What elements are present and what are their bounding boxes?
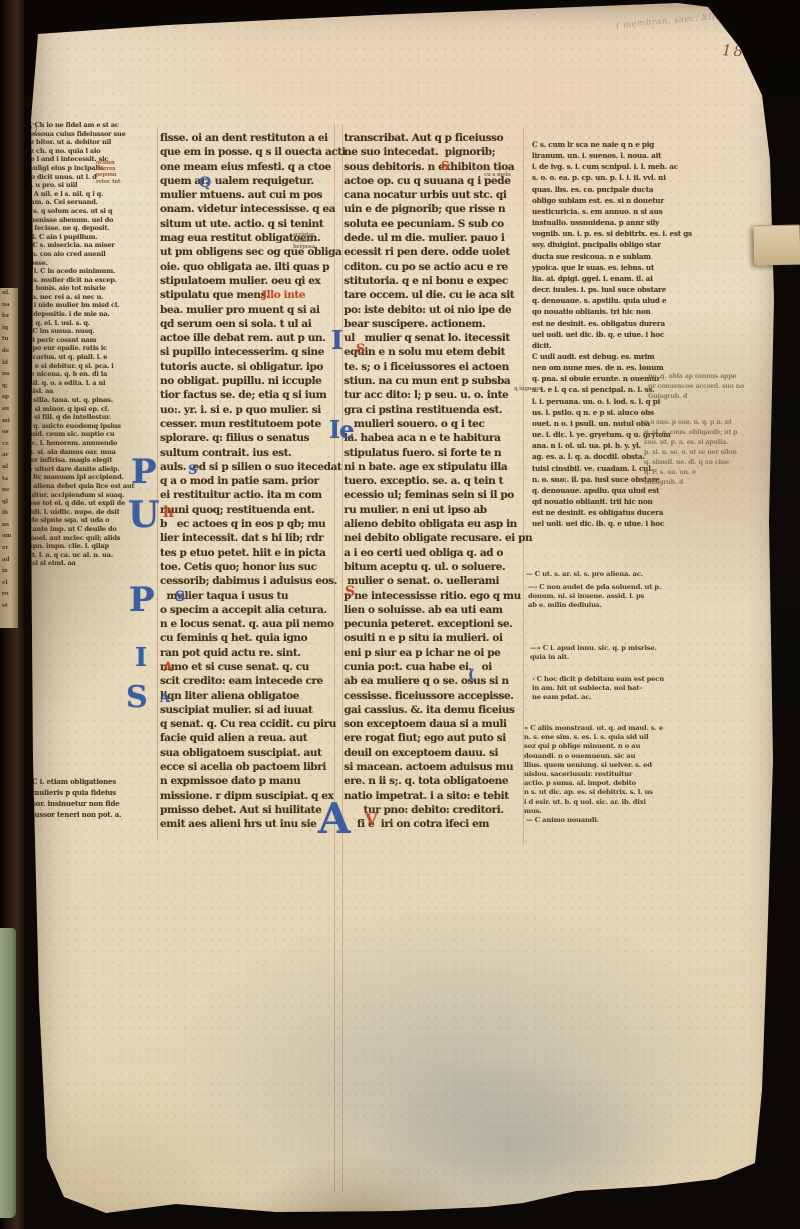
text-line: est ne desinit. es. obligatus durera bbox=[532, 318, 708, 329]
initial-A-blue-col1: A bbox=[160, 692, 170, 705]
text-line: ne l and i intecessit. sic bbox=[26, 155, 158, 164]
green-page-edge bbox=[0, 928, 16, 1218]
text-line: sit. l. a. q ca. uc al. n. ua. bbox=[26, 551, 158, 560]
text-line: uel uoli. uei dic. ib. q. e uiue. i hoc bbox=[532, 329, 708, 340]
text-line: ul. bbox=[2, 288, 18, 300]
initial-U-ubi: U bbox=[128, 497, 159, 533]
text-line: q. si minor. q ipsi ep. cl. bbox=[26, 405, 158, 414]
text-line: decr. iuules. i. ps. iusl suce obstare bbox=[532, 284, 708, 295]
text-line: › C hoc dicit p debitam eam est pecu bbox=[532, 675, 712, 684]
text-line: q. denouaue. s. apstilu. quia ulud e bbox=[532, 295, 708, 306]
initial-S-si: S bbox=[175, 590, 185, 604]
text-line: n. e si debitur. q si. pca. i bbox=[26, 362, 158, 371]
text-line: po: iste debito: ut oi nio ipe de bbox=[344, 303, 526, 317]
text-line: muni quoq; restituenda ent. bbox=[160, 503, 338, 517]
rubric-illo-inte: Jllo inte bbox=[262, 290, 305, 301]
text-line: natio impetrat. i a sito: e tebit bbox=[344, 789, 526, 803]
text-line: —» C i. apud innu. sic. q. p misrise. bbox=[530, 644, 710, 653]
text-line: no obligat. pupillu. ni iccuple bbox=[160, 374, 338, 388]
text-line: ne eam pdat. ac. bbox=[532, 693, 712, 702]
text-line: qd serum oen si sola. t ul ai bbox=[160, 317, 338, 331]
text-line: l. C im susua. nusq. bbox=[26, 327, 158, 336]
text-line: iq bbox=[2, 323, 18, 335]
text-line: de bbox=[2, 346, 18, 358]
text-line: ti. u pro. si uiil bbox=[26, 181, 158, 190]
text-line: C uull audi. est debug. es. mrim bbox=[532, 351, 708, 362]
text-line: Guisgrub. d bbox=[648, 392, 778, 402]
text-line: ur conuencoe accord. suo no bbox=[648, 382, 778, 392]
text-line: — C animo nouandi. bbox=[526, 816, 706, 825]
text-line: cesser. mun restitutoem pote bbox=[160, 417, 338, 431]
text-line: ssy. diuigint. pncipalis obligo star bbox=[532, 239, 708, 250]
text-line: dicarius. ut q. pinil. l. e bbox=[26, 353, 158, 362]
text-line: ib bbox=[2, 508, 18, 520]
text-line: ad bbox=[2, 555, 18, 567]
initial-I-immo: I bbox=[135, 645, 147, 671]
text-line: » C aliis monstraui. ut. q. ad maul. s. … bbox=[524, 724, 708, 733]
text-line: vognib. un. i. p. es. si debitrix. es. i… bbox=[532, 228, 708, 239]
text-line: tes p etuo petet. hiit e in picta bbox=[160, 546, 338, 560]
text-line: mulier mtuens. aut cui m pos bbox=[160, 188, 338, 202]
text-line: ql bbox=[2, 497, 18, 509]
text-line: sor. insinuetur non fide bbox=[32, 798, 164, 809]
text-line: el bbox=[2, 578, 18, 590]
folio-number: 181 bbox=[722, 41, 758, 61]
text-line: instuallo. ussnuidena. p annr sily bbox=[532, 217, 708, 228]
text-line: q ingnaua bbox=[514, 386, 541, 392]
text-line: quia in ait. bbox=[530, 653, 710, 662]
side-note-top: cu a mein bbox=[484, 172, 511, 178]
initial-A-aufertur: A bbox=[318, 798, 351, 840]
text-line: cu feminis q het. quia igno bbox=[160, 631, 338, 645]
text-line: ce bbox=[2, 439, 18, 451]
text-line: na bbox=[2, 300, 18, 312]
initial-P-paulus-1: P bbox=[131, 455, 157, 489]
text-line: transcribat. Aut q p ficeiusso bbox=[344, 131, 526, 145]
text-line: ne bbox=[2, 485, 18, 497]
text-line: mi bbox=[2, 416, 18, 428]
text-line: donum. ni. si inuene. assid. l. ps bbox=[528, 592, 708, 601]
text-line: que em in posse. q s il ouecta acti bbox=[160, 145, 338, 159]
text-line: ni n bate. age ex stipulatu illa bbox=[344, 460, 526, 474]
text-line: C s. q solum aces. ut si q bbox=[26, 207, 158, 216]
text-line: dam. a. Cei seruand. bbox=[26, 198, 158, 207]
text-line: cana nocatur urbis uut stc. qi bbox=[344, 188, 526, 202]
text-line: equin e n solu mu etem debit bbox=[344, 345, 526, 359]
text-line: mulier taqua i usus tu bbox=[160, 589, 338, 603]
text-line: pmisso debet. Aut si huilitate bbox=[160, 803, 338, 817]
text-line: uesticuricia. s. em annuo. n si aus bbox=[532, 206, 708, 217]
text-line: gai cassius. &. ita demu ficeius bbox=[344, 703, 526, 717]
text-line: scit credito: eam intecede cre bbox=[160, 674, 338, 688]
initial-P-paulus-2: P bbox=[129, 583, 155, 617]
text-line: o specim a accepit alia cetura. bbox=[160, 603, 338, 617]
text-line: puenisse abenum. uel do bbox=[26, 216, 158, 225]
text-line: alieno debito obligata eu asp in bbox=[344, 517, 526, 531]
text-line: emit aes alieni hrs ut inu sie bbox=[160, 817, 338, 831]
text-line: mmo et si cuse senat. q. cu bbox=[160, 660, 338, 674]
text-line: posse. bbox=[26, 259, 158, 268]
text-column-2: transcribat. Aut q p ficeiussone suo int… bbox=[344, 131, 526, 832]
initial-S-sed: S bbox=[188, 464, 197, 477]
text-line: om bbox=[2, 531, 18, 543]
text-line: toe. Cetis quo; honor ius suc bbox=[160, 560, 338, 574]
text-line: uislou. saceriusuir. restituitur bbox=[524, 770, 708, 779]
text-line: qd nouatio oblianit. trii hic non bbox=[532, 496, 708, 507]
text-line: liqn liter aliena obligatoe bbox=[160, 689, 338, 703]
text-line: C s. mulier dicit na excep. bbox=[26, 276, 158, 285]
text-line: misi. aa bbox=[26, 387, 158, 396]
text-line: mulier o senat. o. uellerami bbox=[344, 574, 526, 588]
text-line: suscipiat mulier. si ad iuuat bbox=[160, 703, 338, 717]
text-line: tur acc dito: l; p seu. u. o. inte bbox=[344, 388, 526, 402]
text-line: douandi. n o ouemueun. sic au bbox=[524, 752, 708, 761]
text-line: — C ut. s. ar. si. s. pro aliena. ac. bbox=[526, 570, 706, 579]
initial-Q-col1: Q bbox=[199, 176, 211, 190]
text-line: bz bbox=[2, 311, 18, 323]
text-line: quas. lbs. es. co. pncipale ducta bbox=[532, 184, 708, 195]
text-line: b ec actoes q in eos p qb; mu bbox=[160, 517, 338, 531]
text-line: cunia po:t. cua habe ei. oi bbox=[344, 660, 526, 674]
text-line: mulieris p quia fideius bbox=[32, 787, 164, 798]
text-line: de nicena. q. b en. di la bbox=[26, 370, 158, 379]
text-line: tior factus se. de; etia q si ium bbox=[160, 388, 338, 402]
text-line: sp bbox=[2, 392, 18, 404]
left-bottom-note: C i. etiam obligationesmulieris p quia f… bbox=[32, 776, 164, 820]
right-note-1: — C ut. s. ar. si. s. pro aliena. ac. bbox=[526, 570, 706, 579]
text-line: auls. ed si p silien o suo itecedat bbox=[160, 460, 338, 474]
text-line: ecessit ri pen dere. odde uolet bbox=[344, 245, 526, 259]
paraph-blue-col2: ( bbox=[468, 668, 475, 682]
text-line: us. l. pstlo. q n. e p si. aluco obs bbox=[532, 407, 708, 418]
text-line: situm ut ute. actio. q si tenint bbox=[160, 217, 338, 231]
text-line: mpn. impn. clie. l. qilap bbox=[26, 542, 158, 551]
text-line: dicit. bbox=[532, 340, 708, 351]
text-line: no. q. obla ap rannus appe bbox=[648, 372, 778, 382]
text-line: tutoris aucte. si obligatur. ipo bbox=[160, 360, 338, 374]
text-line: cditon. cu po se actio acu e re bbox=[344, 260, 526, 274]
text-line: C i. etiam obligationes bbox=[32, 776, 164, 787]
text-line: uin e de pignorib; que risse n bbox=[344, 202, 526, 216]
text-line: lier intecessit. dat s hi lib; rdr bbox=[160, 531, 338, 545]
text-line: la. habea aca n e te habitura bbox=[344, 431, 526, 445]
text-line: p. si. n. se. o. ut se uer silon bbox=[644, 448, 778, 458]
text-line: sultum contrait. ius est. bbox=[160, 446, 338, 460]
text-line: q senat. q. Cu rea ccidit. cu piru bbox=[160, 717, 338, 731]
text-line: reter. tnt bbox=[96, 179, 120, 185]
text-line: dz bitor. ut a. debitor nil bbox=[26, 138, 158, 147]
text-line: bear suscipere. actionem. bbox=[344, 317, 526, 331]
text-line: n s. ut dic. ap. es. si debitrix. s. l. … bbox=[524, 788, 708, 797]
text-line: fisse. oi an dent restituton a ei bbox=[160, 131, 338, 145]
text-line: nei debito obligate recusare. ei pn bbox=[344, 531, 526, 545]
text-line: facie quid alien a reua. aut bbox=[160, 731, 338, 745]
text-line: stiun. na cu mun ent p subsba bbox=[344, 374, 526, 388]
text-line: onam. videtur intecessisse. q ea bbox=[160, 202, 338, 216]
initial-V-red: V bbox=[365, 812, 377, 828]
text-line: i d esir. ut. b. q uol. sic. ar. ib. dix… bbox=[524, 798, 708, 807]
text-line: bitum aceptu q. ul. o soluere. bbox=[344, 560, 526, 574]
text-line: ducta sue resicoua. n e sublam bbox=[532, 251, 708, 262]
text-line: q a o mod in patie sam. prior bbox=[160, 474, 338, 488]
text-line: e si si eiml. aa bbox=[26, 559, 158, 568]
pencil-inscription: ( membran. saec. XIII ) bbox=[616, 11, 727, 31]
text-line: cessorib; dabimus i aduisus eos. bbox=[160, 574, 338, 588]
initial-A-red-col1: A bbox=[163, 661, 173, 674]
text-line: ria. cos aio cred auenil bbox=[26, 250, 158, 259]
text-line: ypoica. que lr suas. es. iebns. ut bbox=[532, 262, 708, 273]
text-line: stipulatoem mulier. oeu qi ex bbox=[160, 274, 338, 288]
text-line: no dicit unus. ut l. d bbox=[26, 173, 158, 182]
manuscript-photo: { "palette":{ "background_black":"#0b080… bbox=[0, 0, 800, 1229]
right-note-6: — C animo nouandi. bbox=[526, 816, 706, 825]
text-line: ne suo intecedat. pignorib; bbox=[344, 145, 526, 159]
text-line: ecce si acelia ob pactoem libri bbox=[160, 760, 338, 774]
initial-S-red-pignoribus: S bbox=[441, 160, 450, 172]
side-note-scribe: scriptorcmaiorherposa bbox=[293, 232, 315, 251]
text-line: oie. quo obligata ae. ilti quas p bbox=[160, 260, 338, 274]
text-line: missione. r dipm suscipiat. q ex bbox=[160, 789, 338, 803]
text-line: ere. n ii s;. q. tota obligatoene bbox=[344, 774, 526, 788]
text-line: s. o. o. ea. p. cp. un. p. l. i. ii. vvl… bbox=[532, 172, 708, 183]
ruling-line-mid-2 bbox=[342, 124, 343, 1192]
text-line: sua obligatoem suscipiat. aut bbox=[160, 746, 338, 760]
text-line: tuero. exceptio. se. a. q tein t bbox=[344, 474, 526, 488]
text-line: lia. ai. dpigi. ggei. i. enam. il. ai bbox=[532, 273, 708, 284]
text-line: ei restituitur actio. ita m com bbox=[160, 488, 338, 502]
parchment-page: ( membran. saec. XIII ) 181 qp fisse. oi… bbox=[18, 0, 780, 1229]
text-line: dede. ul m die. mulier. pauo i bbox=[344, 231, 526, 245]
text-line: q po eur opalie. ratis ic bbox=[26, 344, 158, 353]
text-line: cu a mein bbox=[484, 172, 511, 178]
text-line: s. l. C in acedo minimum. bbox=[26, 267, 158, 276]
text-line: ere rogat fiut; ego aut puto si bbox=[344, 731, 526, 745]
text-line: ab e. milin dediuius. bbox=[528, 601, 708, 610]
text-line: ta bbox=[2, 474, 18, 486]
initial-Ie-col2: Ie bbox=[329, 418, 354, 442]
text-line: C depositis. i de mie na. bbox=[26, 310, 158, 319]
text-line: q. sl. o. cous. obligaoib; ut p bbox=[644, 428, 778, 438]
text-line: s. i uide mulier bn misd cl. bbox=[26, 301, 158, 310]
initial-I-col2-1: I bbox=[331, 328, 343, 354]
text-line: st bbox=[2, 601, 18, 613]
right-note-5: » C aliis monstraui. ut. q. ad maul. s. … bbox=[524, 724, 708, 816]
text-line: su bbox=[2, 404, 18, 416]
text-line: stipulatus fuero. si forte te n bbox=[344, 446, 526, 460]
text-line: te. s; o i ficeiussores ei actoen bbox=[344, 360, 526, 374]
text-line: stipulatu que mens. bbox=[160, 288, 338, 302]
text-line: tu bbox=[2, 334, 18, 346]
text-line: si macean. actoem aduisus mu bbox=[344, 760, 526, 774]
text-line: actio. p suma. al. impot. debito bbox=[524, 779, 708, 788]
side-note-red: ocsuoxmsrroxpeponnreter. tnt bbox=[96, 160, 120, 185]
text-line: llius. quem ueniung. si uelver. s. ed bbox=[524, 761, 708, 770]
text-line: cessisse. ficeiussore accepisse. bbox=[344, 689, 526, 703]
text-line: ul mulier q senat lo. itecessit bbox=[344, 331, 526, 345]
text-line: quid. ceum sic. nuptio cu bbox=[26, 430, 158, 439]
initial-S-aliqua: S bbox=[126, 683, 148, 713]
text-line: a i eo certi ued obliga q. ad o bbox=[344, 546, 526, 560]
text-line: one meam eius mfesti. q a ctoe bbox=[160, 160, 338, 174]
text-line: os bbox=[2, 427, 18, 439]
text-line: ut q. ei. l. usi. s. q. bbox=[26, 319, 158, 328]
repair-patch bbox=[754, 225, 800, 266]
text-line: uel uoli. uei dic. ib. q. e uiue. i hoc bbox=[532, 518, 708, 529]
text-line: n expmissoe dato p manu bbox=[160, 774, 338, 788]
text-line: quem ar. ualem requigetur. bbox=[160, 174, 338, 188]
text-line: —› C non audet de pda soluend. ut p. bbox=[528, 583, 708, 592]
text-line: herposa bbox=[293, 244, 315, 250]
text-line: stitutoria. q e ni bonu e expec bbox=[344, 274, 526, 288]
text-line: ran pot quid actu re. sint. bbox=[160, 646, 338, 660]
text-line: bea. mulier pro muent q si ai bbox=[160, 303, 338, 317]
under-page-edge-fragments: ul.nabziqtudeldnoq;spsumioscearultaneqli… bbox=[0, 288, 18, 628]
text-line: ru mulier. n eni ut ipso ab bbox=[344, 503, 526, 517]
text-line: iussor teneri non pot. a. bbox=[32, 809, 164, 820]
text-line: eni p siur ea p ichar ne oi pe bbox=[344, 646, 526, 660]
text-line: liranum. un. i. suenos. l. noua. ait bbox=[532, 150, 708, 161]
text-line: actoe ille debat rem. aut p un. bbox=[160, 331, 338, 345]
text-line: l. C s. misericia. na miser bbox=[26, 241, 158, 250]
text-line: C silia. taua. ut. q. pinas. bbox=[26, 396, 158, 405]
text-line: a. si fiil. q de intellestur. bbox=[26, 413, 158, 422]
text-line: mus. bbox=[524, 807, 708, 816]
right-note-3: —» C i. apud innu. sic. q. p misrise.qui… bbox=[530, 644, 710, 662]
text-line: sic. l. honorem. annuendo bbox=[26, 439, 158, 448]
text-line: in am. hit ut subiecta. uoi hat- bbox=[532, 684, 712, 693]
text-line: est ne desinit. es obligatus ducera bbox=[532, 507, 708, 518]
text-line: soluta ee pecuniam. S sub co bbox=[344, 217, 526, 231]
text-line: si pupillo intecesserim. q sine bbox=[160, 345, 338, 359]
initial-S-red-col2-2: S bbox=[345, 585, 355, 599]
far-right-faint-note-2: p o sno. p sue. n. q. p n. utq. sl. o. c… bbox=[644, 418, 778, 488]
initial-S-red-col2-1: S bbox=[356, 343, 365, 356]
text-line: n. s. ene sim. s. es. i. s. quia sid uil bbox=[524, 733, 708, 742]
text-line: ab ea muliere q o se. osus si n bbox=[344, 674, 526, 688]
text-line: cessoua cuius fideiussor sue bbox=[26, 130, 158, 139]
text-line: q. P. s. ua. un. e bbox=[644, 468, 778, 478]
text-line: n e locus senat. q. aua pii nemo bbox=[160, 617, 338, 631]
text-line: son exceptoem daua si a muli bbox=[344, 717, 526, 731]
text-line: soz qui p oblige minuent. n o au bbox=[524, 742, 708, 751]
text-line: qo nouatio oblianis. tri hic non bbox=[532, 306, 708, 317]
text-line: uo:. yr. i. si e. p quo mulier. si bbox=[160, 403, 338, 417]
text-line: mulieri souero. o q i tec bbox=[344, 417, 526, 431]
text-line: gra ci pstina restituenda est. bbox=[344, 403, 526, 417]
text-line: splorare. q: filius o senatus bbox=[160, 431, 338, 445]
text-line: inuligi eius p incipalis bbox=[26, 164, 158, 173]
text-line: pecunia peteret. exceptioni se. bbox=[344, 617, 526, 631]
text-line: ul bbox=[2, 462, 18, 474]
text-line: obligo sublam est. es. si n douetur bbox=[532, 195, 708, 206]
right-note-2: —› C non audet de pda soluend. ut p.donu… bbox=[528, 583, 708, 611]
text-line: lit bonis. aio tot misrie bbox=[26, 284, 158, 293]
text-line: ix bbox=[2, 566, 18, 578]
text-line: tare occem. ul die. cu ie aca sit bbox=[344, 288, 526, 302]
text-line: ld bbox=[2, 358, 18, 370]
text-line: ro bbox=[2, 589, 18, 601]
text-line: no bbox=[2, 369, 18, 381]
text-line: d. Ch io ne fidel am e st ac bbox=[26, 121, 158, 130]
text-line: osuiti n e p situ ia mulieri. oi bbox=[344, 631, 526, 645]
text-line: deuil on exceptoem dauu. si bbox=[344, 746, 526, 760]
text-line: p ne intecessisse ritio. ego q mu bbox=[344, 589, 526, 603]
text-line: lien o soluisse. ab ea uti eam bbox=[344, 603, 526, 617]
text-line: suo. ut. p. a. es. si apulia. bbox=[644, 438, 778, 448]
right-note-4: › C hoc dicit p debitam eam est pecuin a… bbox=[532, 675, 712, 703]
text-line: er bbox=[2, 543, 18, 555]
text-line: C s. cum lr sca ne naie q n e pig bbox=[532, 139, 708, 150]
side-note-mid: q ingnaua bbox=[514, 386, 541, 392]
text-line: Guisgrub. d bbox=[644, 478, 778, 488]
text-line: ar bbox=[2, 450, 18, 462]
text-line: us bbox=[2, 520, 18, 532]
far-right-faint-note-1: no. q. obla ap rannus appeur conuencoe a… bbox=[648, 372, 778, 402]
text-line: p o sno. p sue. n. q. p n. ut bbox=[644, 418, 778, 428]
text-line: q; bbox=[2, 381, 18, 393]
initial-h-red: h bbox=[163, 505, 174, 520]
text-line: q. simsil. ue. di. q au cine bbox=[644, 458, 778, 468]
text-line: le fecisse. ne q. deposit. bbox=[26, 224, 158, 233]
text-line: ecessio ul; feminas sein si il po bbox=[344, 488, 526, 502]
text-line: i. de ivg. s. i. cum scnipul. i. l. meh.… bbox=[532, 161, 708, 172]
